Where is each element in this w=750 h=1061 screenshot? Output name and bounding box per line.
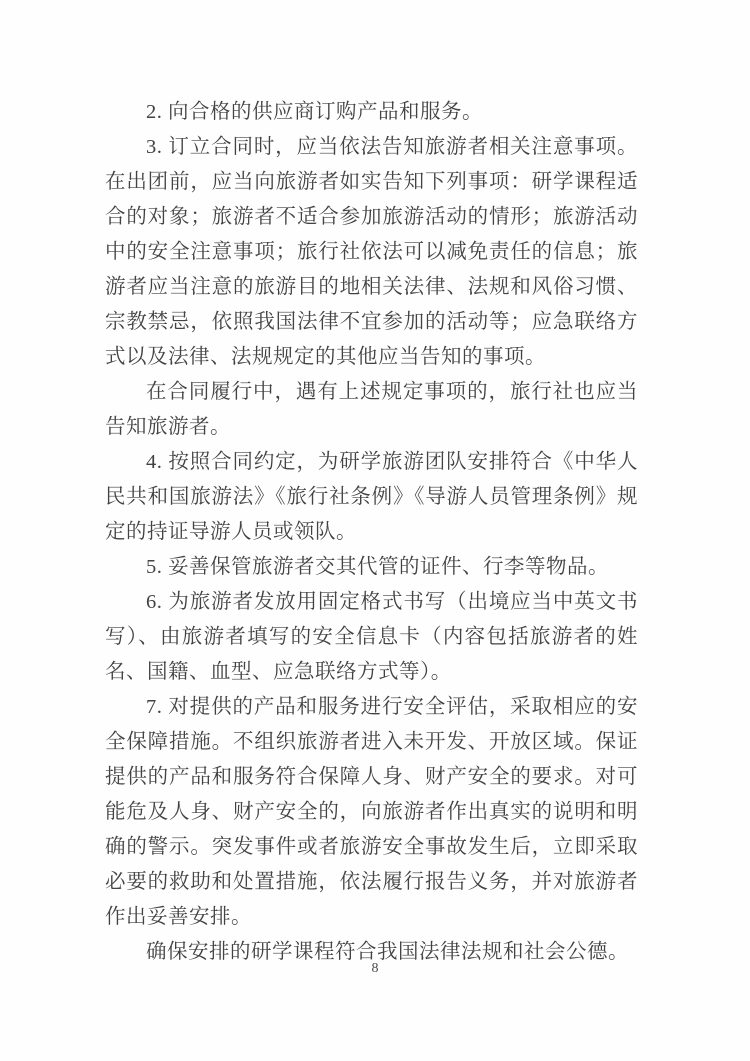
paragraph-contract-performance: 在合同履行中，遇有上述规定事项的，旅行社也应当告知旅游者。 (105, 375, 638, 445)
document-page: 2. 向合格的供应商订购产品和服务。 3. 订立合同时，应当依法告知旅游者相关注… (0, 0, 750, 1061)
page-number: 8 (0, 960, 750, 978)
paragraph-item-4: 4. 按照合同约定，为研学旅游团队安排符合《中华人民共和国旅游法》《旅行社条例》… (105, 445, 638, 550)
paragraph-item-3: 3. 订立合同时，应当依法告知旅游者相关注意事项。在出团前，应当向旅游者如实告知… (105, 130, 638, 375)
paragraph-item-2: 2. 向合格的供应商订购产品和服务。 (105, 95, 638, 130)
paragraph-item-6: 6. 为旅游者发放用固定格式书写（出境应当中英文书写）、由旅游者填写的安全信息卡… (105, 585, 638, 690)
paragraph-item-5: 5. 妥善保管旅游者交其代管的证件、行李等物品。 (105, 550, 638, 585)
paragraph-item-7: 7. 对提供的产品和服务进行安全评估，采取相应的安全保障措施。不组织旅游者进入未… (105, 690, 638, 935)
document-body: 2. 向合格的供应商订购产品和服务。 3. 订立合同时，应当依法告知旅游者相关注… (105, 95, 638, 970)
